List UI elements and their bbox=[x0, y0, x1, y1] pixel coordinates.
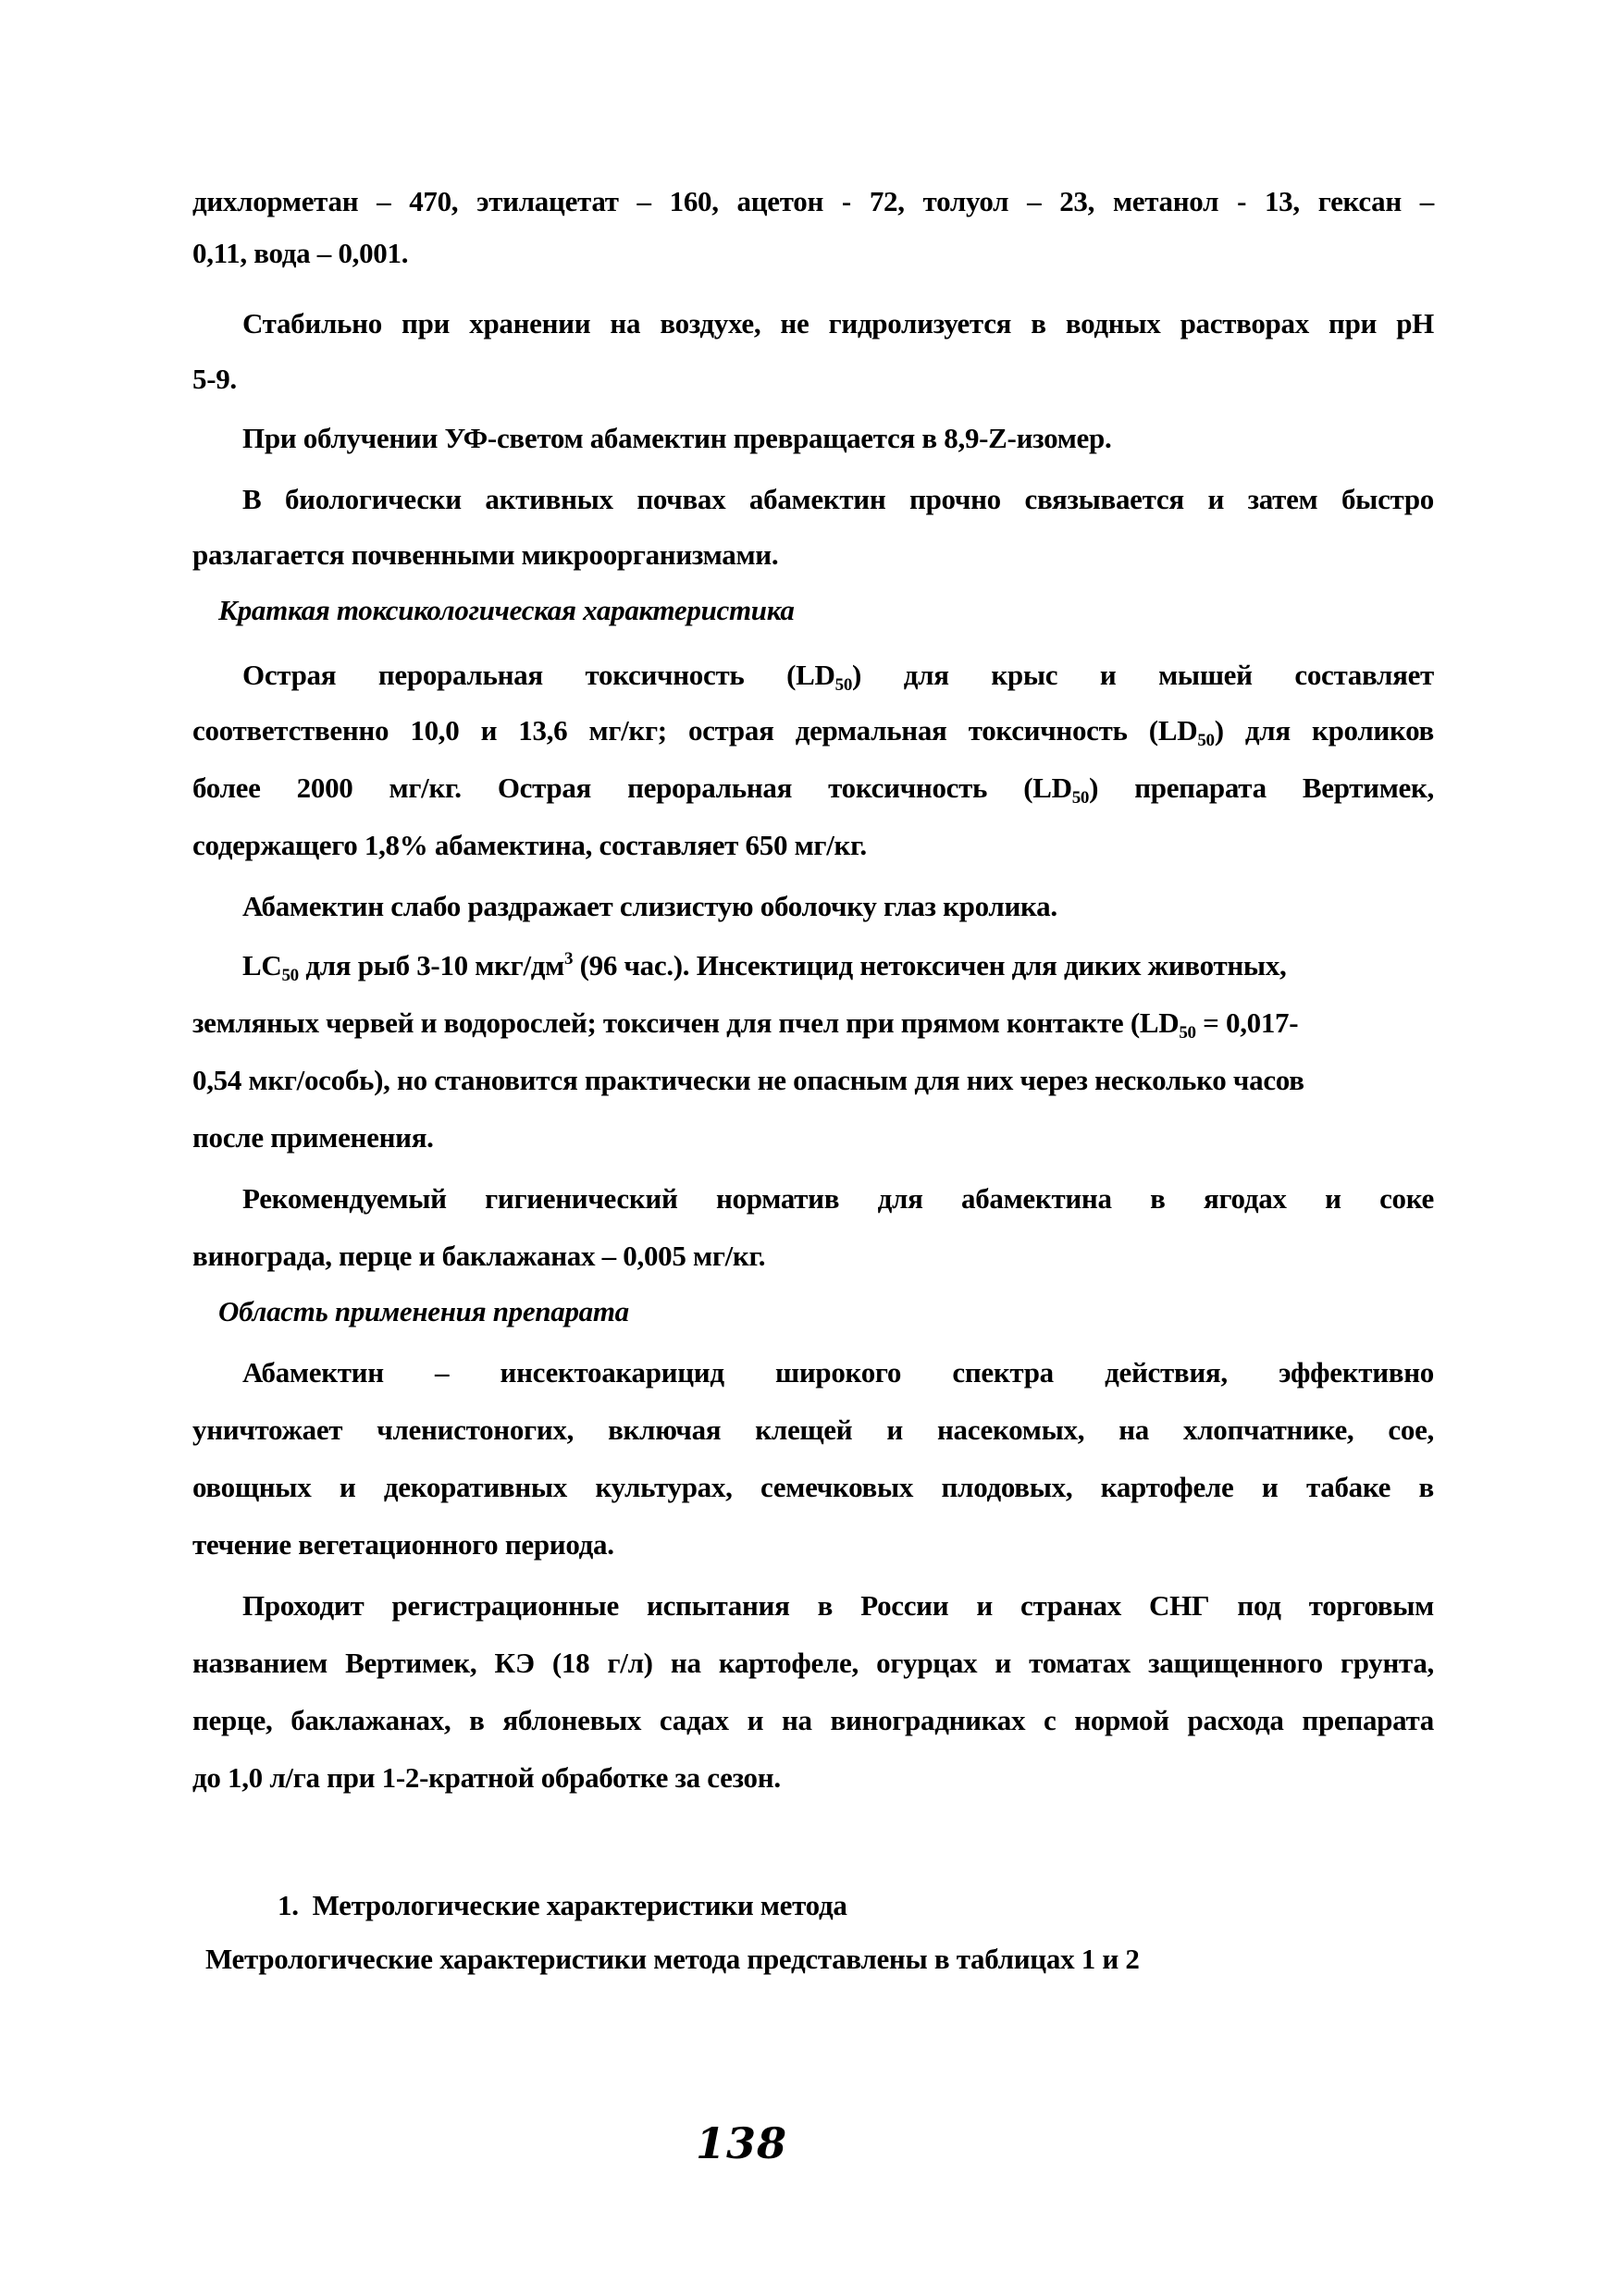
irritation-paragraph: Абамектин слабо раздражает слизистую обо… bbox=[242, 888, 1057, 925]
soil-line-1: В биологически активных почвах абамектин… bbox=[242, 481, 1434, 518]
section-heading: 1. Метрологические характеристики метода bbox=[278, 1887, 847, 1924]
soil-line-2: разлагается почвенными микроорганизмами. bbox=[192, 537, 778, 574]
registration-line-3: перце, баклажанах, в яблоневых садах и н… bbox=[192, 1702, 1434, 1739]
scope-line-4: течение вегетационного периода. bbox=[192, 1526, 614, 1563]
ecotoxicity-line-2: земляных червей и водорослей; токсичен д… bbox=[192, 1005, 1298, 1042]
document-page: дихлорметан – 470, этилацетат – 160, аце… bbox=[0, 0, 1619, 2296]
uv-paragraph: При облучении УФ-светом абамектин превра… bbox=[242, 420, 1111, 457]
solubility-line-2: 0,11, вода – 0,001. bbox=[192, 235, 408, 272]
scope-line-2: уничтожает членистоногих, включая клещей… bbox=[192, 1412, 1434, 1449]
toxicity-line-3: более 2000 мг/кг. Острая пероральная ток… bbox=[192, 770, 1434, 807]
stability-line-1: Стабильно при хранении на воздухе, не ги… bbox=[242, 305, 1434, 342]
toxicity-line-4: содержащего 1,8% абамектина, составляет … bbox=[192, 827, 867, 864]
norm-line-2: винограда, перце и баклажанах – 0,005 мг… bbox=[192, 1238, 765, 1275]
registration-line-2: названием Вертимек, КЭ (18 г/л) на карто… bbox=[192, 1645, 1434, 1682]
solubility-line-1: дихлорметан – 470, этилацетат – 160, аце… bbox=[192, 183, 1434, 220]
section-intro: Метрологические характеристики метода пр… bbox=[205, 1941, 1140, 1978]
registration-line-1: Проходит регистрационные испытания в Рос… bbox=[242, 1587, 1434, 1624]
scope-heading: Область применения препарата bbox=[218, 1293, 629, 1330]
toxicity-line-1: Острая пероральная токсичность (LD50) дл… bbox=[242, 657, 1434, 694]
ecotoxicity-line-3: 0,54 мкг/особь), но становится практичес… bbox=[192, 1062, 1304, 1099]
section-number: 1. bbox=[278, 1889, 299, 1921]
scope-line-3: овощных и декоративных культурах, семечк… bbox=[192, 1469, 1434, 1506]
ecotoxicity-line-1: LC50 для рыб 3-10 мкг/дм3 (96 час.). Инс… bbox=[242, 947, 1434, 984]
toxicity-line-2: соответственно 10,0 и 13,6 мг/кг; острая… bbox=[192, 712, 1434, 749]
stability-line-2: 5-9. bbox=[192, 361, 237, 398]
ecotoxicity-line-4: после применения. bbox=[192, 1119, 434, 1156]
section-title: Метрологические характеристики метода bbox=[313, 1889, 847, 1921]
page-number: 138 bbox=[696, 2118, 787, 2168]
scope-line-1: Абамектин – инсектоакарицид широкого спе… bbox=[242, 1354, 1434, 1391]
registration-line-4: до 1,0 л/га при 1-2-кратной обработке за… bbox=[192, 1759, 781, 1796]
toxicology-heading: Краткая токсикологическая характеристика bbox=[218, 592, 795, 629]
norm-line-1: Рекомендуемый гигиенический норматив для… bbox=[242, 1180, 1434, 1217]
